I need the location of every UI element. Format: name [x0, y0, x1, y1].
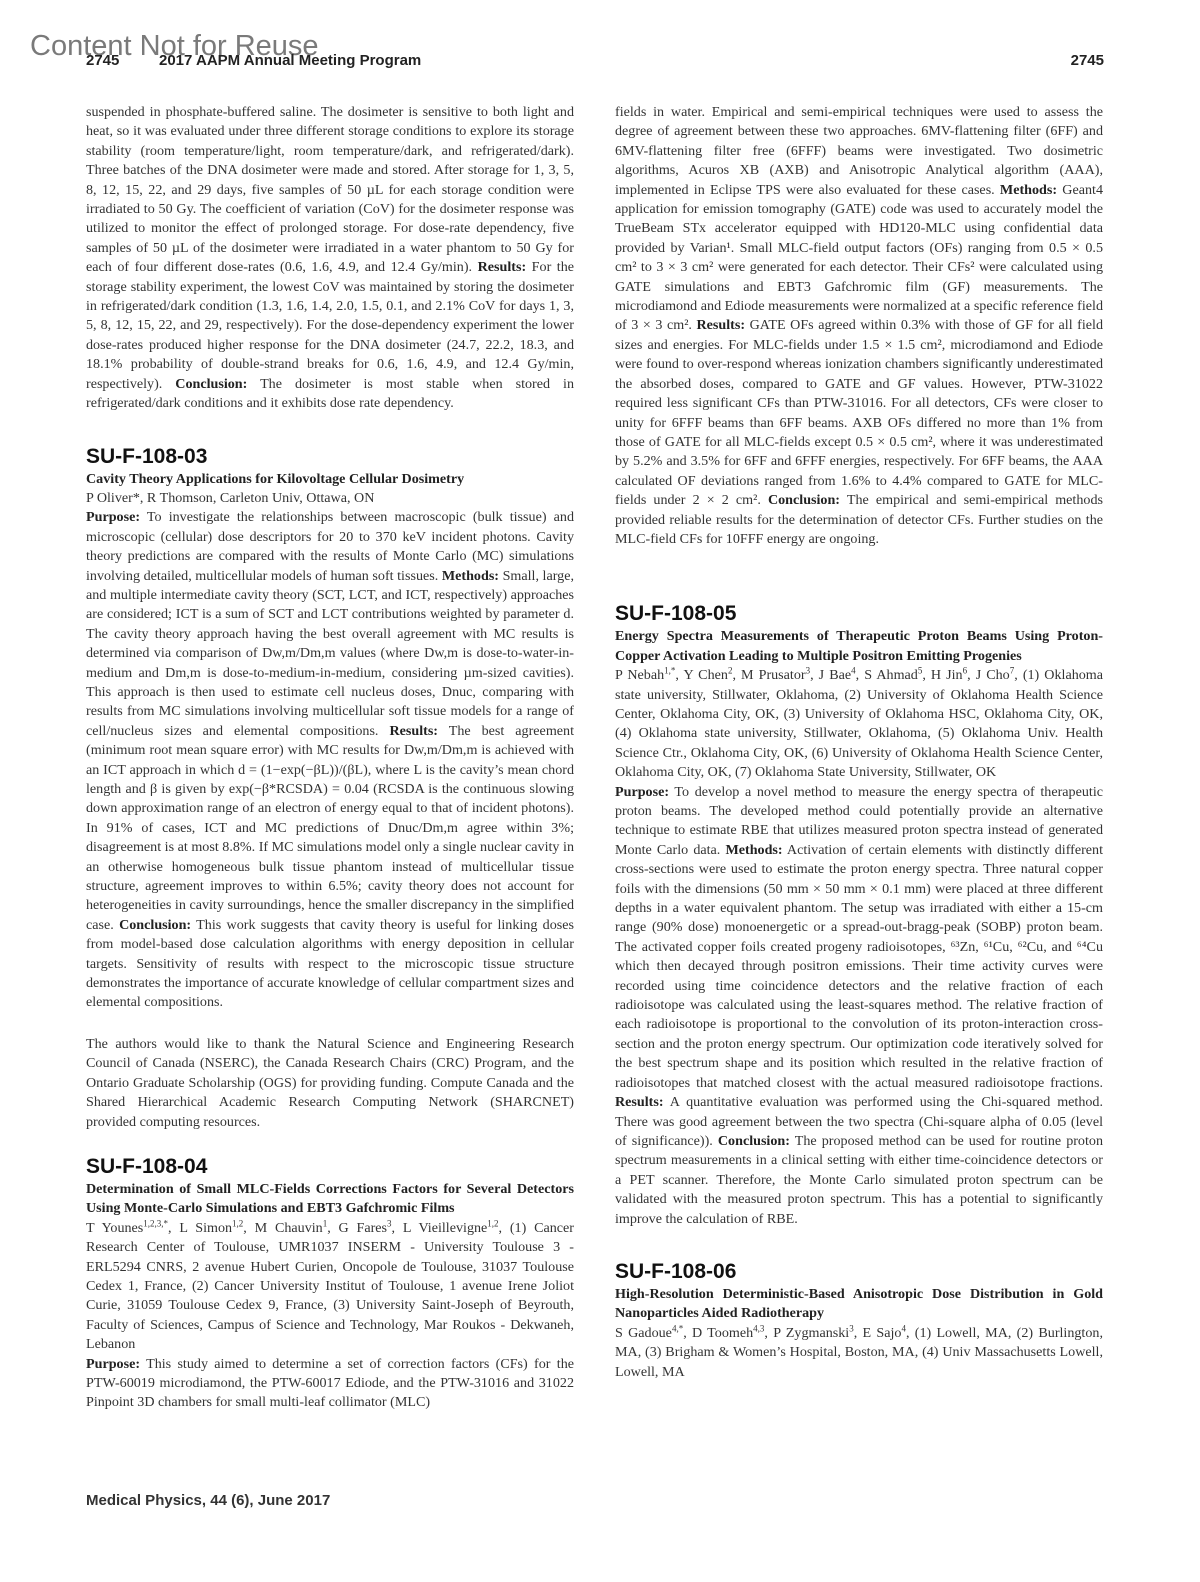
abstract-title: Determination of Small MLC-Fields Correc… [86, 1180, 574, 1219]
results-label: Results: [389, 723, 438, 739]
conclusion-label: Conclusion: [768, 492, 840, 508]
page-number-left: 2745 [86, 52, 119, 69]
right-column: fields in water. Empirical and semi-empi… [615, 103, 1103, 1382]
abstract-su-f-108-06: SU-F-108-06 High-Resolution Deterministi… [615, 1259, 1103, 1382]
results-label: Results: [478, 259, 527, 275]
conclusion-label: Conclusion: [175, 376, 247, 392]
acknowledgment: The authors would like to thank the Natu… [86, 1035, 574, 1132]
page-number-right: 2745 [1071, 52, 1104, 69]
abstract-title: High-Resolution Deterministic-Based Anis… [615, 1285, 1103, 1324]
abstract-id: SU-F-108-06 [615, 1259, 1103, 1285]
affiliations: , (1) Oklahoma state university, Stillwa… [615, 667, 1103, 780]
results-label: Results: [615, 1094, 664, 1110]
abstract-authors: P Oliver*, R Thomson, Carleton Univ, Ott… [86, 489, 574, 508]
abstract-id: SU-F-108-05 [615, 601, 1103, 627]
conclusion-label: Conclusion: [718, 1133, 790, 1149]
continued-abstract-body: suspended in phosphate-buffered saline. … [86, 103, 574, 414]
abstract-body-continued: fields in water. Empirical and semi-empi… [615, 103, 1103, 549]
purpose-label: Purpose: [86, 1356, 140, 1372]
journal-title: 2017 AAPM Annual Meeting Program [159, 52, 421, 69]
abstract-id: SU-F-108-04 [86, 1154, 574, 1180]
results-label: Results: [697, 317, 746, 333]
methods-label: Methods: [1000, 182, 1057, 198]
abstract-su-f-108-05: SU-F-108-05 Energy Spectra Measurements … [615, 601, 1103, 1229]
abstract-body: Purpose: To develop a novel method to me… [615, 783, 1103, 1229]
abstract-authors: P Nebah1,*, Y Chen2, M Prusator3, J Bae4… [615, 666, 1103, 782]
purpose-label: Purpose: [86, 509, 140, 525]
affiliations: , (1) Cancer Research Center of Toulouse… [86, 1220, 574, 1352]
left-column: suspended in phosphate-buffered saline. … [86, 103, 574, 1413]
abstract-su-f-108-03: SU-F-108-03 Cavity Theory Applications f… [86, 444, 574, 1132]
abstract-body: Purpose: This study aimed to determine a… [86, 1355, 574, 1413]
purpose-label: Purpose: [615, 784, 669, 800]
abstract-title: Cavity Theory Applications for Kilovolta… [86, 470, 574, 489]
footer-citation: Medical Physics, 44 (6), June 2017 [86, 1492, 330, 1509]
abstract-body: Purpose: To investigate the relationship… [86, 508, 574, 1013]
abstract-authors: S Gadoue4,*, D Toomeh4,3, P Zygmanski3, … [615, 1324, 1103, 1382]
methods-label: Methods: [442, 568, 499, 584]
abstract-id: SU-F-108-03 [86, 444, 574, 470]
abstract-authors: T Younes1,2,3,*, L Simon1,2, M Chauvin1,… [86, 1219, 574, 1355]
methods-label: Methods: [725, 842, 782, 858]
abstract-su-f-108-04: SU-F-108-04 Determination of Small MLC-F… [86, 1154, 574, 1413]
conclusion-label: Conclusion: [119, 917, 191, 933]
abstract-title: Energy Spectra Measurements of Therapeut… [615, 627, 1103, 666]
